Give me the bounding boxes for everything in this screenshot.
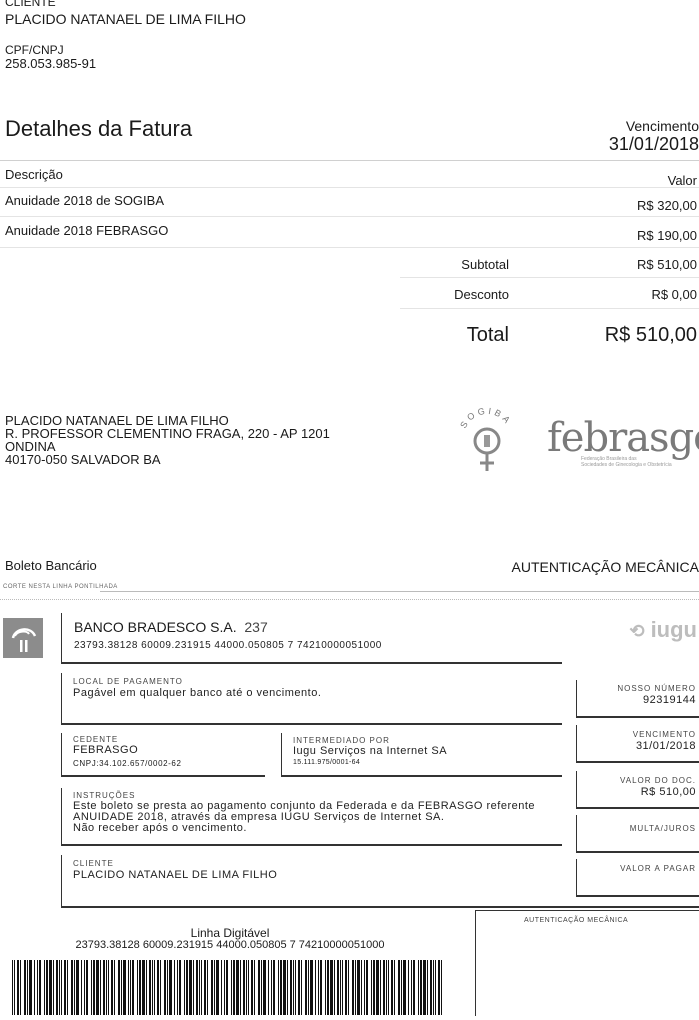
cut-line-label: CORTE NESTA LINHA PONTILHADA bbox=[3, 584, 118, 590]
assignor-label: CEDENTE bbox=[73, 735, 118, 744]
cut-line bbox=[0, 599, 699, 600]
intermediary-value: Iugu Serviços na Internet SA bbox=[293, 745, 447, 757]
invoice-title: Detalhes da Fatura bbox=[5, 116, 192, 142]
our-number-box: NOSSO NÚMERO 92319144 bbox=[576, 680, 699, 718]
digitable-line: 23793.38128 60009.231915 44000.050805 7 … bbox=[74, 640, 382, 651]
auth-box-label: AUTENTICAÇÃO MECÂNICA bbox=[524, 917, 628, 924]
febrasgo-logo: febrasgo Federação Brasileira das Socied… bbox=[547, 418, 699, 458]
due-date-box: VENCIMENTO 31/01/2018 bbox=[576, 725, 699, 763]
digitable-title: Linha Digitável bbox=[0, 926, 460, 940]
bradesco-logo-icon bbox=[3, 618, 43, 658]
iugu-logo: ⟲ iugu bbox=[629, 617, 697, 643]
client-name: PLACIDO NATANAEL DE LIMA FILHO bbox=[73, 869, 277, 881]
our-number-label: NOSSO NÚMERO bbox=[617, 684, 696, 693]
iugu-icon: ⟲ bbox=[629, 621, 644, 641]
instructions-box: INSTRUÇÕES Este boleto se presta ao paga… bbox=[61, 788, 562, 846]
address-line: 40170-050 SALVADOR BA bbox=[5, 453, 330, 466]
subtotal-label: Subtotal bbox=[461, 257, 509, 272]
bank-code: 237 bbox=[244, 619, 267, 635]
customer-name: PLACIDO NATANAEL DE LIMA FILHO bbox=[5, 11, 246, 27]
bank-header-box: BANCO BRADESCO S.A. 237 23793.38128 6000… bbox=[61, 613, 562, 664]
client-box: CLIENTE PLACIDO NATANAEL DE LIMA FILHO bbox=[61, 855, 699, 908]
customer-label: CLIENTE bbox=[5, 0, 56, 9]
boleto-due-label: VENCIMENTO bbox=[633, 730, 696, 739]
intermediary-label: INTERMEDIADO POR bbox=[293, 736, 390, 745]
intermediary-cnpj: 15.111.975/0001-64 bbox=[293, 759, 360, 766]
digitable-line-bottom: 23793.38128 60009.231915 44000.050805 7 … bbox=[0, 939, 460, 951]
total-label: Total bbox=[467, 324, 509, 347]
doc-value-box: VALOR DO DOC. R$ 510,00 bbox=[576, 771, 699, 809]
auth-box: AUTENTICAÇÃO MECÂNICA bbox=[475, 910, 699, 1016]
client-label: CLIENTE bbox=[73, 859, 114, 868]
bank-name: BANCO BRADESCO S.A. 237 bbox=[74, 619, 268, 635]
assignor-cnpj: CNPJ:34.102.657/0002-62 bbox=[73, 759, 182, 768]
febrasgo-subtitle: Federação Brasileira das Sociedades de G… bbox=[581, 456, 672, 468]
subtotal-value: R$ 510,00 bbox=[637, 257, 697, 272]
due-date: 31/01/2018 bbox=[609, 134, 699, 155]
auth-label: AUTENTICAÇÃO MECÂNICA bbox=[512, 559, 699, 575]
payment-place-label: LOCAL DE PAGAMENTO bbox=[73, 677, 183, 686]
our-number-value: 92319144 bbox=[643, 694, 696, 706]
assignor-box: CEDENTE FEBRASGO CNPJ:34.102.657/0002-62 bbox=[61, 733, 265, 777]
sogiba-logo: SOGIBA bbox=[452, 405, 522, 480]
col-description: Descrição bbox=[5, 167, 63, 182]
instructions-label: INSTRUÇÕES bbox=[73, 791, 135, 800]
discount-label: Desconto bbox=[454, 287, 509, 302]
intermediary-box: INTERMEDIADO POR Iugu Serviços na Intern… bbox=[281, 733, 562, 777]
fine-label: MULTA/JUROS bbox=[630, 824, 696, 833]
assignor-value: FEBRASGO bbox=[73, 744, 138, 756]
boleto-due-value: 31/01/2018 bbox=[636, 740, 696, 752]
payment-place-value: Pagável em qualquer banco até o vencimen… bbox=[73, 687, 321, 699]
barcode bbox=[12, 960, 445, 1015]
payment-place-box: LOCAL DE PAGAMENTO Pagável em qualquer b… bbox=[61, 673, 562, 725]
mailing-address: PLACIDO NATANAEL DE LIMA FILHO R. PROFES… bbox=[5, 414, 330, 466]
svg-text:SOGIBA: SOGIBA bbox=[458, 406, 514, 430]
doc-value-label: VALOR DO DOC. bbox=[620, 776, 696, 785]
customer-doc-value: 258.053.985-91 bbox=[5, 57, 96, 71]
doc-value: R$ 510,00 bbox=[641, 786, 696, 798]
item-value: R$ 320,00 bbox=[637, 198, 697, 213]
boleto-title: Boleto Bancário bbox=[5, 558, 97, 573]
item-value: R$ 190,00 bbox=[637, 228, 697, 243]
item-description: Anuidade 2018 de SOGIBA bbox=[5, 193, 164, 208]
due-label: Vencimento bbox=[626, 118, 699, 134]
instructions-text: Este boleto se presta ao pagamento conju… bbox=[73, 801, 535, 834]
customer-doc-label: CPF/CNPJ bbox=[5, 43, 64, 57]
item-description: Anuidade 2018 FEBRASGO bbox=[5, 223, 168, 238]
febrasgo-wordmark: febrasgo bbox=[547, 418, 699, 458]
col-value: Valor bbox=[668, 173, 697, 188]
fine-box: MULTA/JUROS bbox=[576, 815, 699, 853]
discount-value: R$ 0,00 bbox=[651, 287, 697, 302]
total-value: R$ 510,00 bbox=[605, 324, 697, 347]
